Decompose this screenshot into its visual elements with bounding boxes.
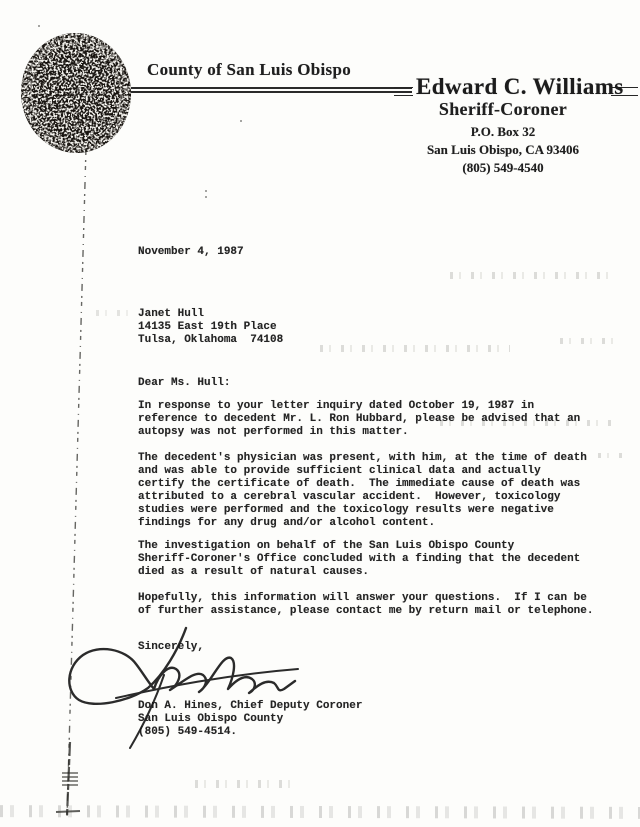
- paragraph-1: In response to your letter inquiry dated…: [138, 400, 580, 439]
- paragraph-4: Hopefully, this information will answer …: [138, 592, 593, 618]
- scan-dot: [205, 190, 207, 192]
- signer-phone: (805) 549-4514.: [138, 726, 362, 739]
- scan-noise: [62, 772, 78, 786]
- official-name: Edward C. Williams: [416, 74, 624, 100]
- salutation: Dear Ms. Hull:: [138, 377, 230, 390]
- paragraph-2: The decedent's physician was present, wi…: [138, 452, 587, 530]
- letter-date: November 4, 1987: [138, 246, 244, 259]
- scan-dot: [240, 120, 242, 122]
- signer-name: Don A. Hines, Chief Deputy Coroner: [138, 700, 362, 713]
- scan-noise-band: [0, 805, 640, 819]
- scan-dot: [205, 196, 207, 198]
- recipient-address: Janet Hull 14135 East 19th Place Tulsa, …: [138, 308, 283, 347]
- recipient-street: 14135 East 19th Place: [138, 321, 283, 334]
- county-seal-icon: [18, 30, 134, 158]
- paragraph-3: The investigation on behalf of the San L…: [138, 540, 580, 579]
- scan-noise: [560, 338, 615, 344]
- official-title: Sheriff-Coroner: [383, 99, 623, 120]
- scan-noise: [598, 453, 628, 458]
- letterhead-address-block: Sheriff-Coroner P.O. Box 32 San Luis Obi…: [383, 99, 623, 178]
- handwritten-signature: [0, 612, 320, 782]
- recipient-city: Tulsa, Oklahoma 74108: [138, 334, 283, 347]
- po-box: P.O. Box 32: [383, 124, 623, 140]
- scan-dot: [38, 25, 40, 27]
- letterhead-county-name: County of San Luis Obispo: [147, 60, 351, 80]
- closing: Sincerely,: [138, 641, 204, 654]
- letterhead-double-rule: [131, 87, 412, 95]
- letterhead-phone: (805) 549-4540: [383, 160, 623, 176]
- recipient-name: Janet Hull: [138, 308, 283, 321]
- rule-left-segment: [394, 87, 413, 96]
- signature-block: Don A. Hines, Chief Deputy Coroner San L…: [138, 700, 362, 739]
- city-state-zip: San Luis Obispo, CA 93406: [383, 142, 623, 158]
- letter-page: County of San Luis Obispo Edward C. Will…: [0, 0, 640, 827]
- scan-noise: [450, 272, 610, 279]
- scan-noise: [96, 310, 134, 316]
- scan-noise: [320, 345, 510, 352]
- scan-noise: [195, 780, 290, 788]
- signer-org: San Luis Obispo County: [138, 713, 362, 726]
